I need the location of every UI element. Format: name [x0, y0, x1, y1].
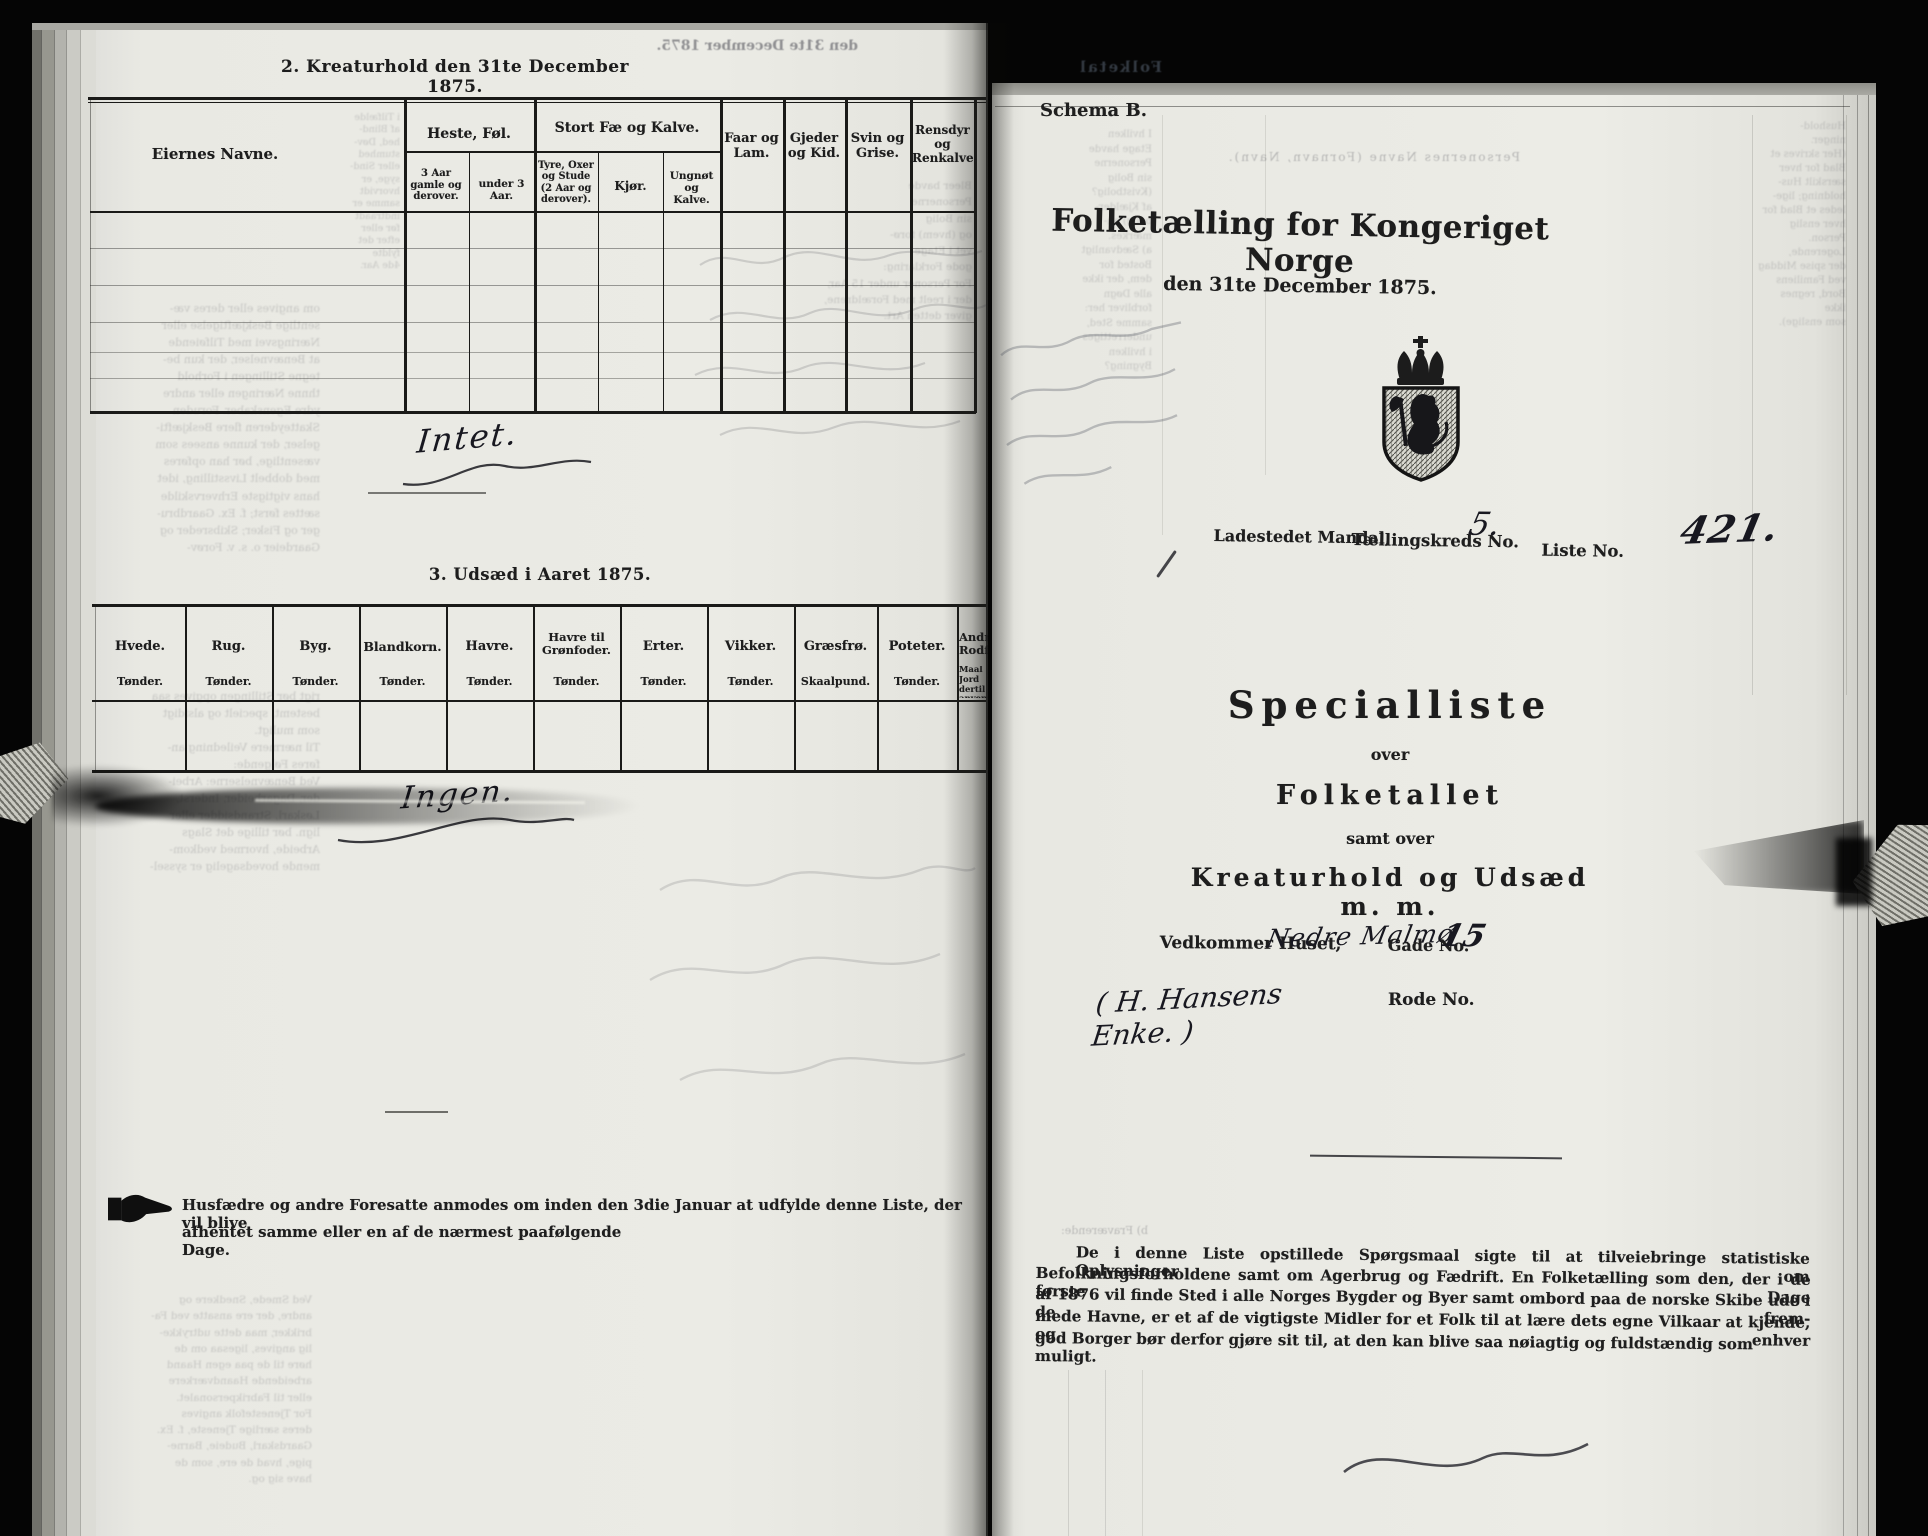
- t2-col-unit: Skaalpund.: [795, 676, 876, 689]
- t1-line: [90, 211, 976, 213]
- t1-line: [90, 352, 976, 353]
- t1-col-svin: Svin og Grise.: [847, 132, 908, 162]
- bleedthrough-handwriting: [640, 840, 980, 1160]
- t2-col-unit: Tønder.: [360, 676, 445, 689]
- t1-line: [469, 152, 470, 413]
- bleedthrough-handwriting: [991, 314, 1205, 501]
- rode-label: Rode No.: [1388, 990, 1518, 1010]
- t2-col-name: Hvede.: [96, 640, 184, 655]
- t2-line: [95, 606, 96, 772]
- bleedthrough-line: [1105, 1370, 1106, 1536]
- t2-col-name: Erter.: [621, 640, 706, 655]
- left-clip-streak: [95, 788, 640, 824]
- t1-group-heste: Heste, Føl.: [404, 126, 534, 142]
- bleedthrough-line: [1846, 115, 1847, 695]
- stray-line: [385, 1111, 448, 1113]
- coat-of-arms-emblem: [1374, 334, 1468, 482]
- t1-line: [663, 152, 664, 413]
- t1-line: [90, 248, 976, 249]
- t1-line: [598, 152, 599, 413]
- t1-sub-heste-1: 3 Aar gamle og derover.: [406, 168, 466, 203]
- district-row: Ladestedet Mandal, Tællingskreds No. 5. …: [1209, 505, 1810, 585]
- speciallist-over: over: [1320, 746, 1460, 764]
- t2-col-name: Rug.: [186, 640, 271, 655]
- bleedthrough-handwriting: [690, 235, 990, 495]
- t2-col-unit: Tønder.: [96, 676, 184, 689]
- t2-col-unit: Tønder.: [447, 676, 532, 689]
- t2-col-name: Græsfrø.: [795, 640, 876, 655]
- t1-line: [90, 378, 976, 379]
- t2-line: [92, 604, 986, 607]
- bleedthrough-line: [1752, 115, 1753, 695]
- right-page-top-edge: [992, 83, 1876, 95]
- t1-sub-heste-2: under 3 Aar.: [471, 178, 532, 202]
- intet-flourish: [395, 452, 605, 497]
- t1-col-rensdyr: Rensdyr og Renkalve.: [912, 124, 973, 165]
- t1-line: [90, 99, 91, 413]
- bleedthrough-line: [1068, 1370, 1069, 1536]
- t1-sub-stort-1: Tyre, Oxer og Stude (2 Aar og derover).: [536, 160, 596, 205]
- t1-col-faar: Faar og Lam.: [722, 132, 781, 162]
- t2-col-name: Byg.: [273, 640, 358, 655]
- t1-line: [90, 322, 976, 323]
- census-scan: den 31te December 1875. Folketal om angi…: [0, 0, 1928, 1536]
- kreaturhold-title: 2. Kreaturhold den 31te December 1875.: [265, 58, 645, 97]
- t2-line: [707, 606, 709, 772]
- t2-col-name: Vikker.: [708, 640, 793, 655]
- t2-col-name: Poteter.: [878, 640, 956, 655]
- t2-col-unit: Tønder.: [186, 676, 271, 689]
- t1-sub-stort-2: Kjør.: [600, 180, 661, 194]
- speciallist-heading: Specialliste: [1170, 684, 1610, 727]
- t2-col-unit: Tønder.: [878, 676, 956, 689]
- bleedthrough-text: Hushold- ninger. (Her skrives et Blad fo…: [1758, 120, 1846, 330]
- census-title: Folketælling for Kongeriget Norge: [999, 203, 1600, 285]
- t1-col-gjeder: Gjeder og Kid.: [785, 132, 843, 162]
- manicule-icon: [108, 1190, 174, 1228]
- t2-line: [620, 606, 622, 772]
- bleedthrough-line: [1142, 1370, 1143, 1536]
- t2-col-unit: Tønder.: [273, 676, 358, 689]
- address-row: Vedkommer Huset, Nedre Malmø Gade No. 15: [1155, 915, 1575, 966]
- liste-label: Liste No.: [1541, 541, 1624, 561]
- intet-underline: [368, 492, 486, 494]
- right-clip-dark-edge: [1836, 838, 1872, 906]
- footer-note-line2: afhentet samme eller en af de nærmest pa…: [182, 1223, 652, 1259]
- t2-col-name: Havre.: [447, 640, 532, 655]
- t1-line: [534, 99, 537, 413]
- bleedthrough-text: Folketal: [1042, 58, 1162, 76]
- t2-col-unit: Tønder.: [708, 676, 793, 689]
- t1-line: [88, 97, 986, 100]
- info-paragraph: De i denne Liste opstillede Spørgsmaal s…: [1029, 1238, 1820, 1375]
- speciallist-folketallet: Folketallet: [1230, 780, 1550, 811]
- liste-value-handwriting: 421.: [1676, 505, 1783, 553]
- t2-col-unit: Tønder.: [621, 676, 706, 689]
- schema-label: Schema B.: [1040, 100, 1180, 121]
- t2-line: [794, 606, 796, 772]
- t1-sub-stort-3: Ungnøt og Kalve.: [665, 170, 718, 206]
- t2-col-name: Havre til Grønfoder.: [534, 631, 619, 657]
- t1-line: [90, 285, 976, 286]
- t1-line: [88, 102, 986, 103]
- left-page-top-edge: [32, 23, 988, 30]
- owner-handwriting: ( H. Hansens Enke. ): [1090, 973, 1360, 1053]
- t1-col-owner: Eiernes Navne.: [150, 146, 280, 163]
- bleedthrough-text: Personernes Navne (Fornavn, Navn).: [1180, 150, 1520, 164]
- t2-line: [877, 606, 879, 772]
- t1-line: [534, 151, 720, 153]
- udsaed-title: 3. Udsæd i Aaret 1875.: [350, 566, 730, 585]
- t2-col-unit: Maal Jord dertil anvendt: [959, 666, 988, 698]
- speciallist-samt-over: samt over: [1320, 830, 1460, 848]
- t1-group-stortfae: Stort Fæ og Kalve.: [534, 120, 720, 136]
- speciallist-kreaturhold: Kreaturhold og Udsæd m. m.: [1180, 864, 1600, 922]
- bleedthrough-text: Ved Smede, Snedkere og andre, der ere an…: [102, 1292, 312, 1487]
- gade-value-handwriting: 15: [1437, 918, 1489, 954]
- t2-line: [92, 700, 986, 702]
- t2-line: [359, 606, 361, 772]
- t2-col-name: Andre Rodfrugter.: [959, 631, 988, 665]
- bleedthrough-text: den 31te December 1875.: [648, 38, 858, 54]
- t2-line: [446, 606, 448, 772]
- page-edge-seam: [1857, 95, 1858, 1536]
- t2-line: [272, 606, 274, 772]
- t1-line: [404, 99, 407, 413]
- bleedthrough-text: om angives eller deres væ- sentlige Besk…: [118, 300, 320, 556]
- bleedthrough-text: b) Fraværende:: [1008, 1224, 1148, 1237]
- page-edge-seam: [1868, 95, 1869, 1536]
- paragraph-line: god Borger bør derfor gjøre sit til, at …: [1035, 1329, 1810, 1372]
- t2-col-unit: Tønder.: [534, 676, 619, 689]
- t2-col-name: Blandkorn.: [360, 640, 445, 654]
- t2-line: [185, 606, 187, 772]
- pen-flourish: [1338, 1428, 1598, 1488]
- t1-line: [974, 99, 977, 413]
